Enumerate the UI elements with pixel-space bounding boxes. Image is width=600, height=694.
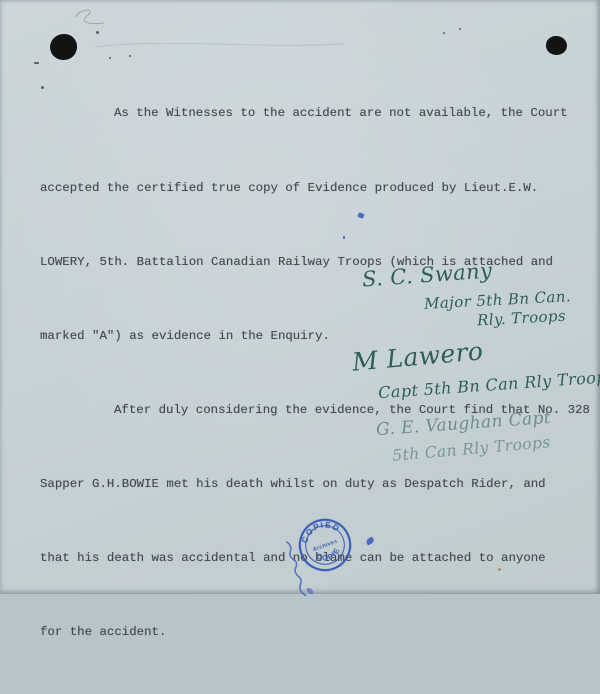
paper-speck xyxy=(96,31,99,34)
paper-speck xyxy=(443,32,445,34)
typed-line: LOWERY, 5th. Battalion Canadian Railway … xyxy=(40,250,575,275)
paper-speck xyxy=(459,28,461,30)
typed-line: Sapper G.H.BOWIE met his death whilst on… xyxy=(40,472,575,497)
paper-speck xyxy=(34,62,39,64)
pencil-scratch-marks xyxy=(55,3,365,55)
blue-ink-scribble xyxy=(283,540,331,594)
typed-line: As the Witnesses to the accident are not… xyxy=(40,101,575,126)
typed-line: accepted the certified true copy of Evid… xyxy=(40,176,575,201)
document-page: As the Witnesses to the accident are not… xyxy=(0,0,600,594)
